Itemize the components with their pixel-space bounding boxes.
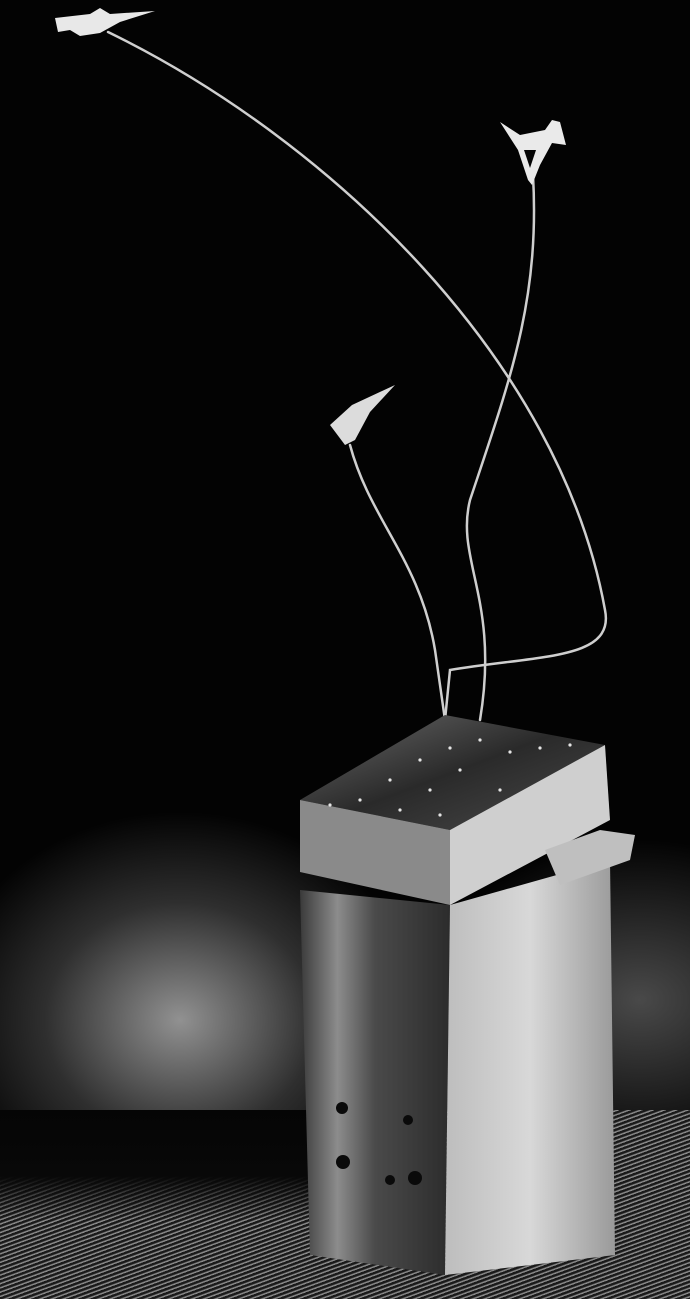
bird-cutout bbox=[55, 8, 155, 36]
sculpture bbox=[0, 0, 690, 1299]
small-bird-cutout bbox=[330, 385, 395, 445]
rooster-cutout bbox=[500, 120, 566, 185]
photograph bbox=[0, 0, 690, 1299]
metal-box bbox=[300, 715, 635, 1275]
